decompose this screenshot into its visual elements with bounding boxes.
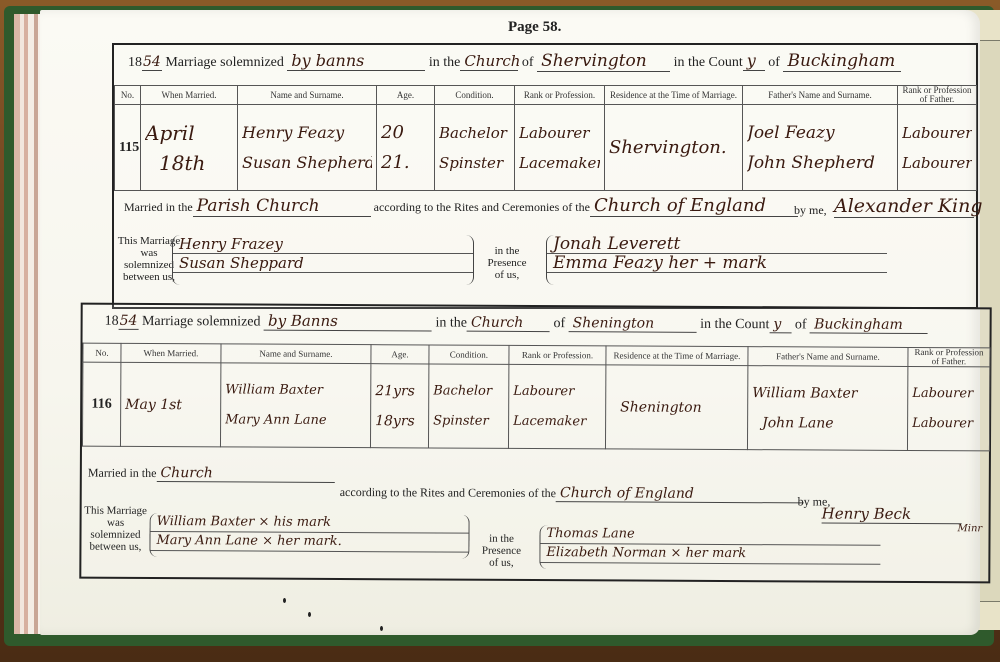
groom-name: Henry Feazy [242, 118, 372, 148]
col-header: Condition. [429, 345, 509, 364]
of-label: of [553, 316, 565, 332]
bride-father-profession: Labourer [912, 408, 985, 438]
groom-father: Joel Feazy [747, 118, 893, 148]
witness-2: Emma Feazy her + mark [547, 254, 887, 273]
witness-1: Jonah Leverett [547, 235, 887, 254]
married-in-label: Married in the [124, 200, 193, 214]
groom-profession: Labourer [519, 118, 600, 148]
groom-name: William Baxter [225, 375, 366, 406]
married-in-label: Married in the [88, 466, 157, 480]
bride-father: John Shepherd [747, 148, 893, 178]
rites-line: according to the Rites and Ceremonies of… [340, 484, 804, 503]
county-suffix: y [743, 51, 765, 71]
solemnized-by: by Banns [264, 312, 432, 332]
when-married-day: 18th [145, 148, 233, 178]
entry-number: 116 [82, 362, 120, 446]
married-in-place: Parish Church [193, 196, 371, 217]
bride-name: Mary Ann Lane [225, 405, 366, 436]
witness-2: Elizabeth Norman × her mark [540, 544, 880, 565]
place-type: Church [460, 52, 518, 71]
year-suffix: 54 [142, 54, 162, 71]
in-the-label: in the [429, 55, 461, 71]
county: Buckingham [783, 51, 901, 72]
label-line: was [76, 517, 156, 529]
col-header: Rank or Profession. [509, 345, 606, 365]
conditions: Bachelor Spinster [428, 364, 508, 448]
label-line: between us, [75, 541, 155, 553]
residence: Shenington [605, 365, 747, 450]
rites-label: according to the Rites and Ceremonies of… [340, 485, 556, 500]
rites: Church of England [590, 195, 798, 217]
fathers-professions: Labourer Labourer [907, 366, 989, 450]
groom-signature: William Baxter × his mark [151, 513, 469, 534]
groom-father-profession: Labourer [902, 118, 972, 148]
groom-condition: Bachelor [439, 118, 510, 148]
ages: 20 21. [377, 105, 435, 191]
col-header: Age. [371, 345, 429, 364]
col-header: No. [115, 86, 141, 105]
officiant-signature: Alexander King [834, 195, 974, 218]
married-in-line: Married in theParish Church according to… [124, 195, 798, 217]
county: Buckingham [810, 316, 928, 334]
conditions: Bachelor Spinster [435, 105, 515, 191]
rites: Church of England [556, 485, 804, 503]
witness-signatures: Jonah Leverett Emma Feazy her + mark [546, 235, 887, 285]
ink-speck [283, 598, 286, 603]
register-table: No. When Married. Name and Surname. Age.… [114, 85, 977, 191]
groom-profession: Labourer [513, 376, 601, 406]
county-of-label: of [768, 55, 780, 71]
bride-condition: Spinster [439, 148, 510, 178]
entry-heading: 1854 Marriage solemnized by banns in the… [128, 51, 966, 81]
col-header: Residence at the Time of Marriage. [606, 346, 748, 366]
county-suffix: y [769, 316, 791, 333]
col-header: Father's Name and Surname. [743, 86, 898, 105]
residence: Shervington. [605, 105, 743, 191]
presence-label: in the Presence of us, [482, 245, 532, 281]
label-line: in the [482, 245, 532, 257]
bride-signature: Susan Sheppard [173, 254, 473, 273]
col-header: When Married. [121, 343, 221, 363]
fathers: William Baxter John Lane [747, 366, 907, 451]
label-line: of us, [482, 269, 532, 281]
witness-signatures: Thomas Lane Elizabeth Norman × her mark [539, 525, 880, 571]
fathers: Joel Feazy John Shepherd [743, 105, 898, 191]
parish: Shervington [537, 51, 670, 72]
col-header: Rank or Profession of Father. [898, 86, 977, 105]
page-number: Page 58. [508, 19, 561, 36]
presence-label: in the Presence of us, [476, 533, 526, 569]
professions: Labourer Lacemaker [515, 105, 605, 191]
county-label: in the Count [700, 317, 769, 333]
col-header: Condition. [435, 86, 515, 105]
col-header: Father's Name and Surname. [748, 347, 908, 367]
couple-signatures: William Baxter × his mark Mary Ann Lane … [149, 513, 469, 559]
entry-number: 115 [115, 105, 141, 191]
ages: 21yrs 18yrs [370, 364, 428, 448]
marriage-entry-115: 1854 Marriage solemnized by banns in the… [112, 43, 978, 309]
col-header: No. [83, 343, 121, 362]
married-in-line: Married in theChurch [88, 465, 335, 483]
officiant-signature: Henry Beck [822, 504, 962, 524]
label-line: in the [476, 533, 526, 545]
col-header: Residence at the Time of Marriage. [605, 86, 743, 105]
groom-signature: Henry Frazey [173, 235, 473, 254]
place-type: Church [467, 315, 550, 332]
groom-father: William Baxter [752, 378, 903, 409]
col-header: Age. [377, 86, 435, 105]
groom-age: 20 [381, 118, 430, 148]
year-prefix: 18 [105, 314, 119, 330]
when-married: May 1st [120, 362, 220, 447]
year-prefix: 18 [128, 55, 142, 71]
col-header: Name and Surname. [238, 86, 377, 105]
label-line: Presence [476, 545, 526, 557]
bride-profession: Lacemaker [519, 148, 600, 178]
marriage-entry-116: 1854 Marriage solemnized by Banns in the… [79, 303, 991, 584]
label-line: solemnized [75, 529, 155, 541]
table-row: 116 May 1st William Baxter Mary Ann Lane… [82, 362, 989, 451]
ink-speck [308, 612, 311, 617]
rites-label: according to the Rites and Ceremonies of… [374, 200, 590, 214]
county-label: in the Count [674, 55, 743, 71]
solemnized-between-label: This Marriage was solemnized between us, [75, 505, 155, 553]
names: Henry Feazy Susan Shepherd [238, 105, 377, 191]
col-header: Rank or Profession. [515, 86, 605, 105]
bride-profession: Lacemaker [513, 406, 601, 436]
fathers-professions: Labourer Labourer [898, 105, 977, 191]
groom-age: 21yrs [375, 376, 424, 406]
bride-age: 21. [381, 148, 430, 178]
by-me-label: by me, [794, 203, 827, 218]
county-of-label: of [795, 317, 807, 333]
solemnized-by: by banns [287, 51, 425, 71]
marriage-solemnized-label: Marriage solemnized [142, 314, 261, 331]
groom-condition: Bachelor [433, 376, 504, 406]
bride-father-profession: Labourer [902, 148, 972, 178]
when-married: April 18th [141, 105, 238, 191]
bride-father: John Lane [752, 408, 903, 439]
bride-condition: Spinster [433, 406, 504, 436]
officiant-title: Minr [958, 523, 983, 534]
table-row: 115 April 18th Henry Feazy Susan Shepher… [115, 105, 977, 191]
label-line: This Marriage [76, 505, 156, 517]
register-table: No. When Married. Name and Surname. Age.… [82, 343, 991, 452]
ink-speck [380, 626, 383, 631]
bride-signature: Mary Ann Lane × her mark. [150, 532, 468, 553]
bride-name: Susan Shepherd [242, 148, 372, 178]
professions: Labourer Lacemaker [508, 364, 605, 449]
label-line: of us, [476, 557, 526, 569]
col-header: When Married. [141, 86, 238, 105]
names: William Baxter Mary Ann Lane [220, 363, 370, 448]
col-header: Rank or Profession of Father. [908, 347, 990, 366]
parish: Shenington [569, 315, 697, 333]
when-married-month: April [145, 118, 233, 148]
year-suffix: 54 [119, 313, 139, 330]
label-line: Presence [482, 257, 532, 269]
table-header-row: No. When Married. Name and Surname. Age.… [115, 86, 977, 105]
bride-age: 18yrs [375, 406, 424, 436]
in-the-label: in the [435, 315, 467, 331]
col-header: Name and Surname. [221, 344, 371, 364]
marriage-solemnized-label: Marriage solemnized [165, 55, 284, 71]
entry-heading: 1854 Marriage solemnized by Banns in the… [105, 311, 980, 346]
groom-father-profession: Labourer [912, 378, 985, 408]
witness-1: Thomas Lane [540, 525, 880, 546]
of-label: of [522, 55, 534, 71]
couple-signatures: Henry Frazey Susan Sheppard [172, 235, 474, 285]
married-in-place: Church [156, 465, 334, 483]
